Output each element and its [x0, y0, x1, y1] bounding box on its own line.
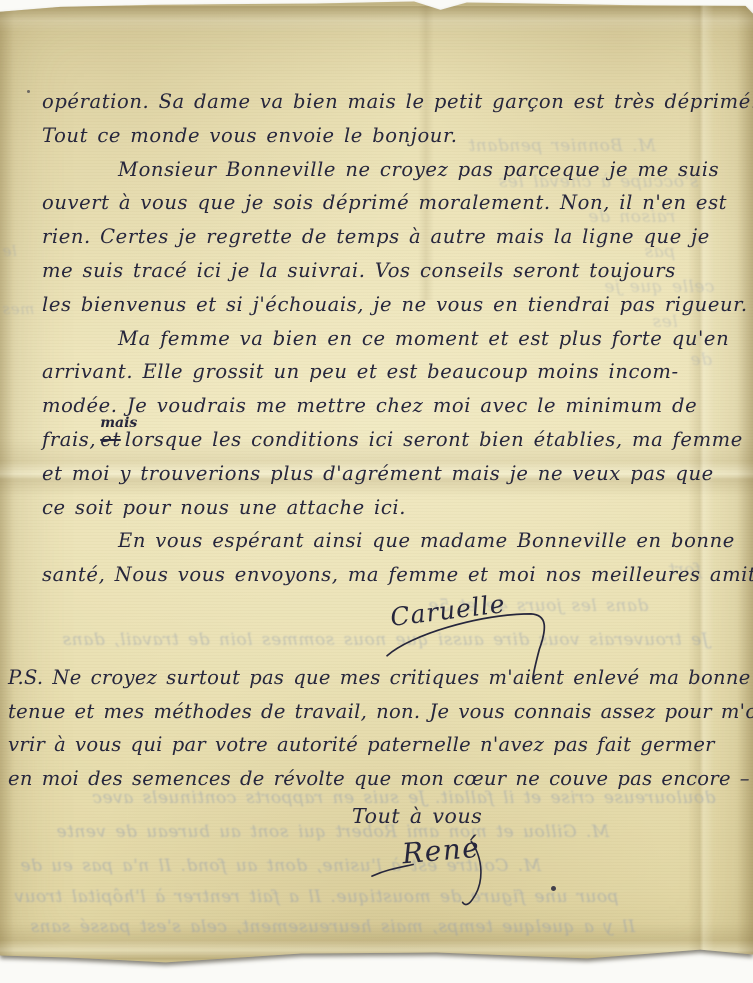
correction-text-before: frais, [42, 428, 96, 451]
scan-background: M. Bonnier pendants'occupe à cheval lesr… [0, 0, 753, 983]
ps-line: P.S. Ne croyez surtout pas que mes criti… [8, 666, 753, 700]
bleedthrough-line: mes [2, 300, 34, 318]
fold-crease-top [0, 6, 753, 32]
ps-line: en moi des semences de révolte que mon c… [8, 767, 753, 801]
correction-inserted-word: mais [100, 415, 137, 431]
closing-salutation: Tout à vous [352, 804, 482, 828]
letter-paper: M. Bonnier pendants'occupe à cheval lesr… [0, 0, 753, 983]
ink-speck [551, 886, 556, 891]
letter-line: me suis tracé ici je la suivrai. Vos con… [42, 259, 742, 293]
letter-line: santé, Nous vous envoyons, ma femme et m… [42, 563, 742, 597]
letter-line-with-correction: frais,maisetlorsque les conditions ici s… [42, 428, 742, 462]
signature-rene: René [401, 831, 482, 871]
ink-speck [27, 90, 30, 93]
letter-line: En vous espérant ainsi que madame Bonnev… [42, 529, 742, 563]
letter-line: modée. Je voudrais me mettre chez moi av… [42, 394, 742, 428]
letter-line: et moi y trouverions plus d'agrément mai… [42, 462, 742, 496]
letter-line: arrivant. Elle grossit un peu et est bea… [42, 360, 742, 394]
letter-line: ce soit pour nous une attache ici. [42, 496, 742, 530]
letter-body-text: opération. Sa dame va bien mais le petit… [42, 90, 742, 597]
letter-line: Tout ce monde vous envoie le bonjour. [42, 124, 742, 158]
inline-correction: maiset [100, 428, 121, 451]
letter-line: opération. Sa dame va bien mais le petit… [42, 90, 742, 124]
letter-line: Monsieur Bonneville ne croyez pas parceq… [42, 158, 742, 192]
ps-line: tenue et mes méthodes de travail, non. J… [8, 700, 753, 734]
postscript: P.S. Ne croyez surtout pas que mes criti… [8, 666, 753, 800]
letter-line: les bienvenus et si j'échouais, je ne vo… [42, 293, 742, 327]
ps-line: vrir à vous qui par votre autorité pater… [8, 733, 753, 767]
correction-text-after: lorsque les conditions ici seront bien é… [125, 428, 743, 451]
correction-struck-word: et [100, 428, 121, 451]
letter-line: ouvert à vous que je sois déprimé morale… [42, 191, 742, 225]
signature-flourish [367, 828, 533, 922]
bleedthrough-line: le [2, 242, 17, 260]
letter-line: rien. Certes je regrette de temps à autr… [42, 225, 742, 259]
letter-line: Ma femme va bien en ce moment et est plu… [42, 327, 742, 361]
paper-shadow-wrap: M. Bonnier pendants'occupe à cheval lesr… [0, 0, 753, 983]
bleedthrough-line: Il y a quelque temps, mais heureusement,… [30, 917, 635, 937]
paper-edge-shading-left [0, 0, 14, 983]
